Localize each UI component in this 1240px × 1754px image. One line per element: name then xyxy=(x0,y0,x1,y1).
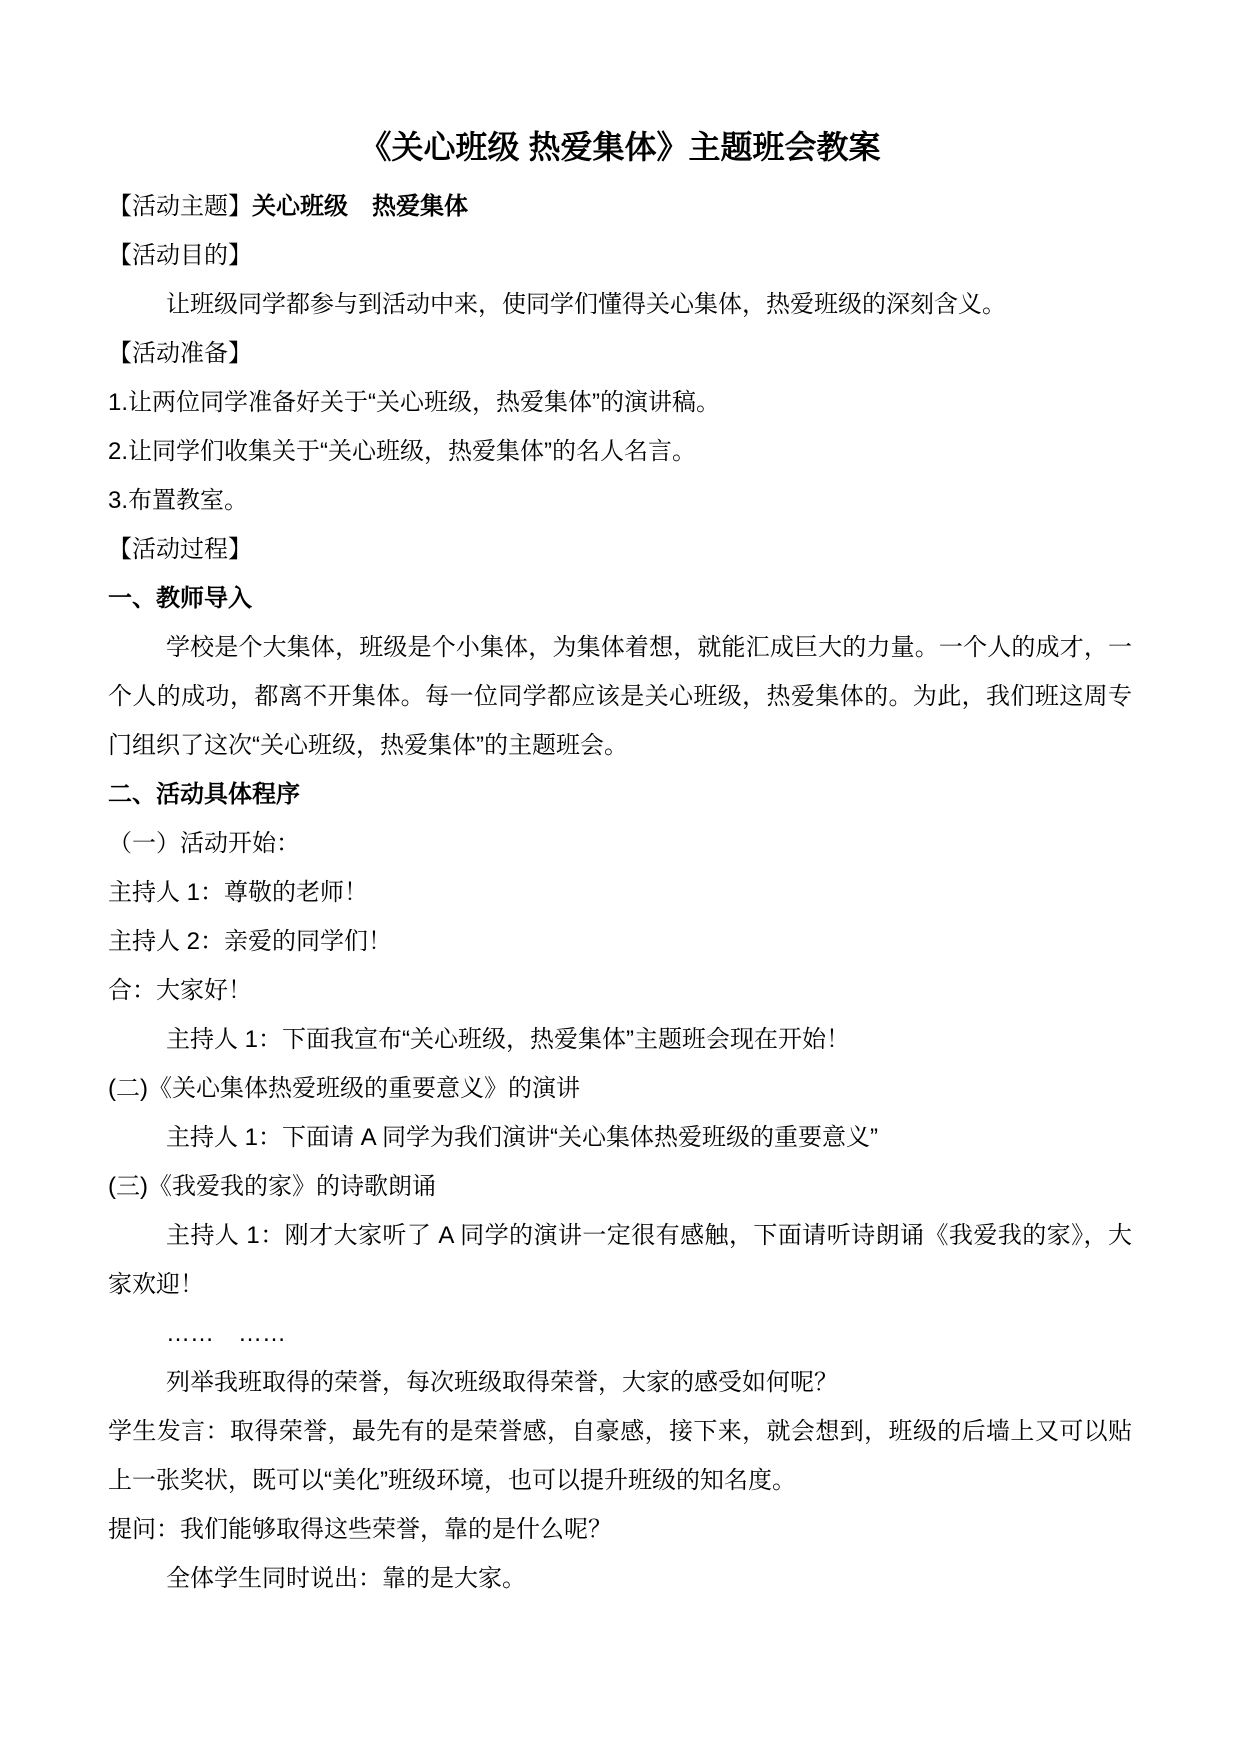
preparation-item-1: 1.让两位同学准备好关于“关心班级，热爱集体”的演讲稿。 xyxy=(108,378,1132,427)
ellipsis-line: …… …… xyxy=(108,1309,1132,1358)
preparation-item-3: 3.布置教室。 xyxy=(108,476,1132,525)
activity-process-heading: 【活动过程】 xyxy=(108,525,1132,574)
activity-theme-label: 【活动主题】 xyxy=(108,193,252,220)
host1-speech-intro-line: 主持人 1：下面请 A 同学为我们演讲“关心集体热爱班级的重要意义” xyxy=(108,1113,1132,1162)
honor-question-line: 列举我班取得的荣誉，每次班级取得荣誉，大家的感受如何呢？ xyxy=(108,1358,1132,1407)
teacher-question-line: 提问：我们能够取得这些荣誉，靠的是什么呢？ xyxy=(108,1505,1132,1554)
document-content: 《关心班级 热爱集体》主题班会教案 【活动主题】关心班级 热爱集体 【活动目的】… xyxy=(108,0,1132,1603)
host1-poem-intro-line: 主持人 1：刚才大家听了 A 同学的演讲一定很有感触，下面请听诗朗诵《我爱我的家… xyxy=(108,1211,1132,1309)
activity-preparation-heading: 【活动准备】 xyxy=(108,329,1132,378)
procedure-step-3-heading: (三)《我爱我的家》的诗歌朗诵 xyxy=(108,1162,1132,1211)
procedure-step-2-heading: (二)《关心集体热爱班级的重要意义》的演讲 xyxy=(108,1064,1132,1113)
activity-purpose-heading: 【活动目的】 xyxy=(108,231,1132,280)
host1-line: 主持人 1：尊敬的老师！ xyxy=(108,868,1132,917)
preparation-item-2: 2.让同学们收集关于“关心班级，热爱集体”的名人名言。 xyxy=(108,427,1132,476)
activity-theme-line: 【活动主题】关心班级 热爱集体 xyxy=(108,182,1132,231)
section-heading-teacher-intro: 一、教师导入 xyxy=(108,574,1132,623)
hosts-together-line: 合：大家好！ xyxy=(108,966,1132,1015)
host1-announce-line: 主持人 1：下面我宣布“关心班级，热爱集体”主题班会现在开始！ xyxy=(108,1015,1132,1064)
teacher-intro-text: 学校是个大集体，班级是个小集体，为集体着想，就能汇成巨大的力量。一个人的成才，一… xyxy=(108,623,1132,770)
procedure-step-1-heading: （一）活动开始： xyxy=(108,819,1132,868)
document-title: 《关心班级 热爱集体》主题班会教案 xyxy=(108,118,1132,176)
activity-theme-value: 关心班级 热爱集体 xyxy=(252,193,468,220)
host2-line: 主持人 2：亲爱的同学们！ xyxy=(108,917,1132,966)
students-answer-line: 全体学生同时说出：靠的是大家。 xyxy=(108,1554,1132,1603)
activity-purpose-text: 让班级同学都参与到活动中来，使同学们懂得关心集体，热爱班级的深刻含义。 xyxy=(108,280,1132,329)
document-page: 《关心班级 热爱集体》主题班会教案 【活动主题】关心班级 热爱集体 【活动目的】… xyxy=(0,0,1240,1754)
student-response-text: 学生发言：取得荣誉，最先有的是荣誉感，自豪感，接下来，就会想到，班级的后墙上又可… xyxy=(108,1407,1132,1505)
section-heading-procedure: 二、活动具体程序 xyxy=(108,770,1132,819)
